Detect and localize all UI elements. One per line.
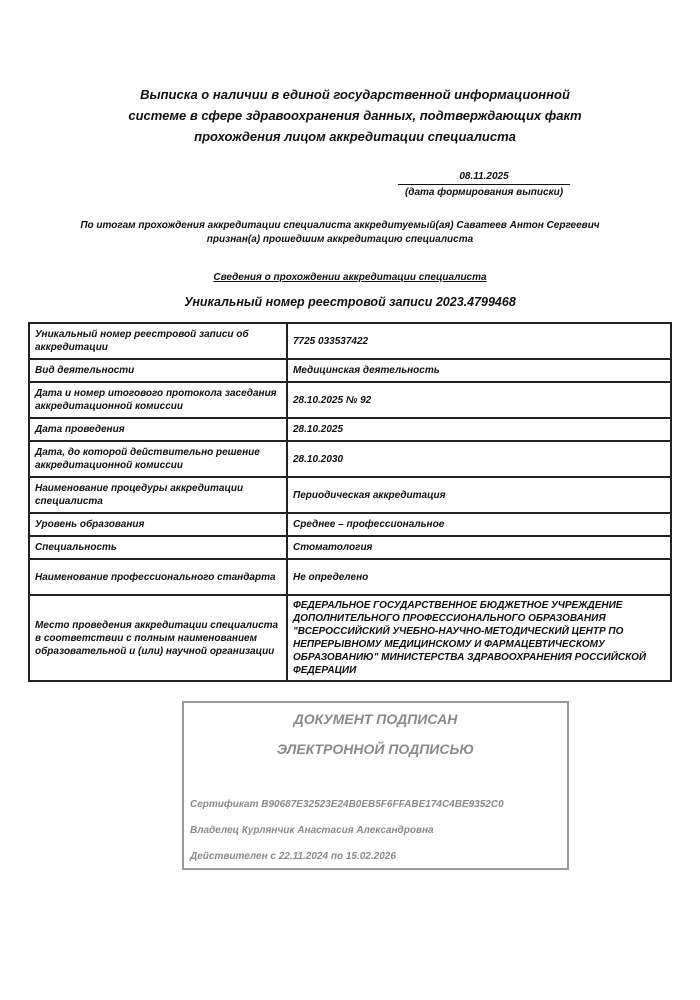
row-label: Наименование процедуры аккредитации спец… (29, 477, 287, 513)
row-label: Дата и номер итогового протокола заседан… (29, 382, 287, 418)
row-label: Наименование профессионального стандарта (29, 559, 287, 595)
certificate-validity: Действителен с 22.11.2024 по 15.02.2026 (190, 851, 396, 862)
intro-statement: По итогам прохождения аккредитации специ… (20, 219, 660, 247)
row-label: Уровень образования (29, 513, 287, 536)
row-value: 28.10.2030 (287, 441, 671, 477)
accreditation-info-table: Уникальный номер реестровой записи об ак… (28, 322, 672, 682)
table-row: Специальность Стоматология (29, 536, 671, 559)
table-row: Дата проведения 28.10.2025 (29, 418, 671, 441)
row-value: Периодическая аккредитация (287, 477, 671, 513)
certificate-number: Сертификат B90687E32523E24B0EB5F6FFABE17… (190, 799, 504, 810)
certificate-owner: Владелец Курлянчик Анастасия Александров… (190, 825, 434, 836)
electronic-signature-stamp: ДОКУМЕНТ ПОДПИСАН ЭЛЕКТРОННОЙ ПОДПИСЬЮ С… (182, 701, 569, 870)
intro-line: признан(а) прошедшим аккредитацию специа… (20, 233, 660, 247)
row-value: Медицинская деятельность (287, 359, 671, 382)
row-label: Уникальный номер реестровой записи об ак… (29, 323, 287, 359)
table-row: Наименование профессионального стандарта… (29, 559, 671, 595)
row-value: Не определено (287, 559, 671, 595)
table-row: Уникальный номер реестровой записи об ак… (29, 323, 671, 359)
title-line: прохождения лицом аккредитации специалис… (60, 126, 650, 147)
row-label: Дата, до которой действительно решение а… (29, 441, 287, 477)
formation-date-caption: (дата формирования выписки) (398, 186, 570, 200)
row-value: ФЕДЕРАЛЬНОЕ ГОСУДАРСТВЕННОЕ БЮДЖЕТНОЕ УЧ… (287, 595, 671, 681)
row-value: 7725 033537422 (287, 323, 671, 359)
table-row: Дата, до которой действительно решение а… (29, 441, 671, 477)
document-title: Выписка о наличии в единой государственн… (60, 84, 650, 147)
stamp-title-line: ЭЛЕКТРОННОЙ ПОДПИСЬЮ (184, 741, 567, 757)
registry-number-heading: Уникальный номер реестровой записи 2023.… (40, 295, 660, 309)
row-label: Дата проведения (29, 418, 287, 441)
row-label: Специальность (29, 536, 287, 559)
table-row: Вид деятельности Медицинская деятельност… (29, 359, 671, 382)
formation-date: 08.11.2025 (398, 170, 570, 185)
table-row: Наименование процедуры аккредитации спец… (29, 477, 671, 513)
table-row: Дата и номер итогового протокола заседан… (29, 382, 671, 418)
row-value: Среднее – профессиональное (287, 513, 671, 536)
title-line: системе в сфере здравоохранения данных, … (60, 105, 650, 126)
section-heading: Сведения о прохождении аккредитации спец… (60, 272, 640, 283)
row-value: 28.10.2025 (287, 418, 671, 441)
row-label: Место проведения аккредитации специалист… (29, 595, 287, 681)
title-line: Выписка о наличии в единой государственн… (60, 84, 650, 105)
table-row: Уровень образования Среднее – профессион… (29, 513, 671, 536)
row-label: Вид деятельности (29, 359, 287, 382)
row-value: Стоматология (287, 536, 671, 559)
row-value: 28.10.2025 № 92 (287, 382, 671, 418)
table-row: Место проведения аккредитации специалист… (29, 595, 671, 681)
intro-line: По итогам прохождения аккредитации специ… (20, 219, 660, 233)
stamp-title-line: ДОКУМЕНТ ПОДПИСАН (184, 711, 567, 727)
formation-date-block: 08.11.2025 (дата формирования выписки) (398, 170, 570, 200)
